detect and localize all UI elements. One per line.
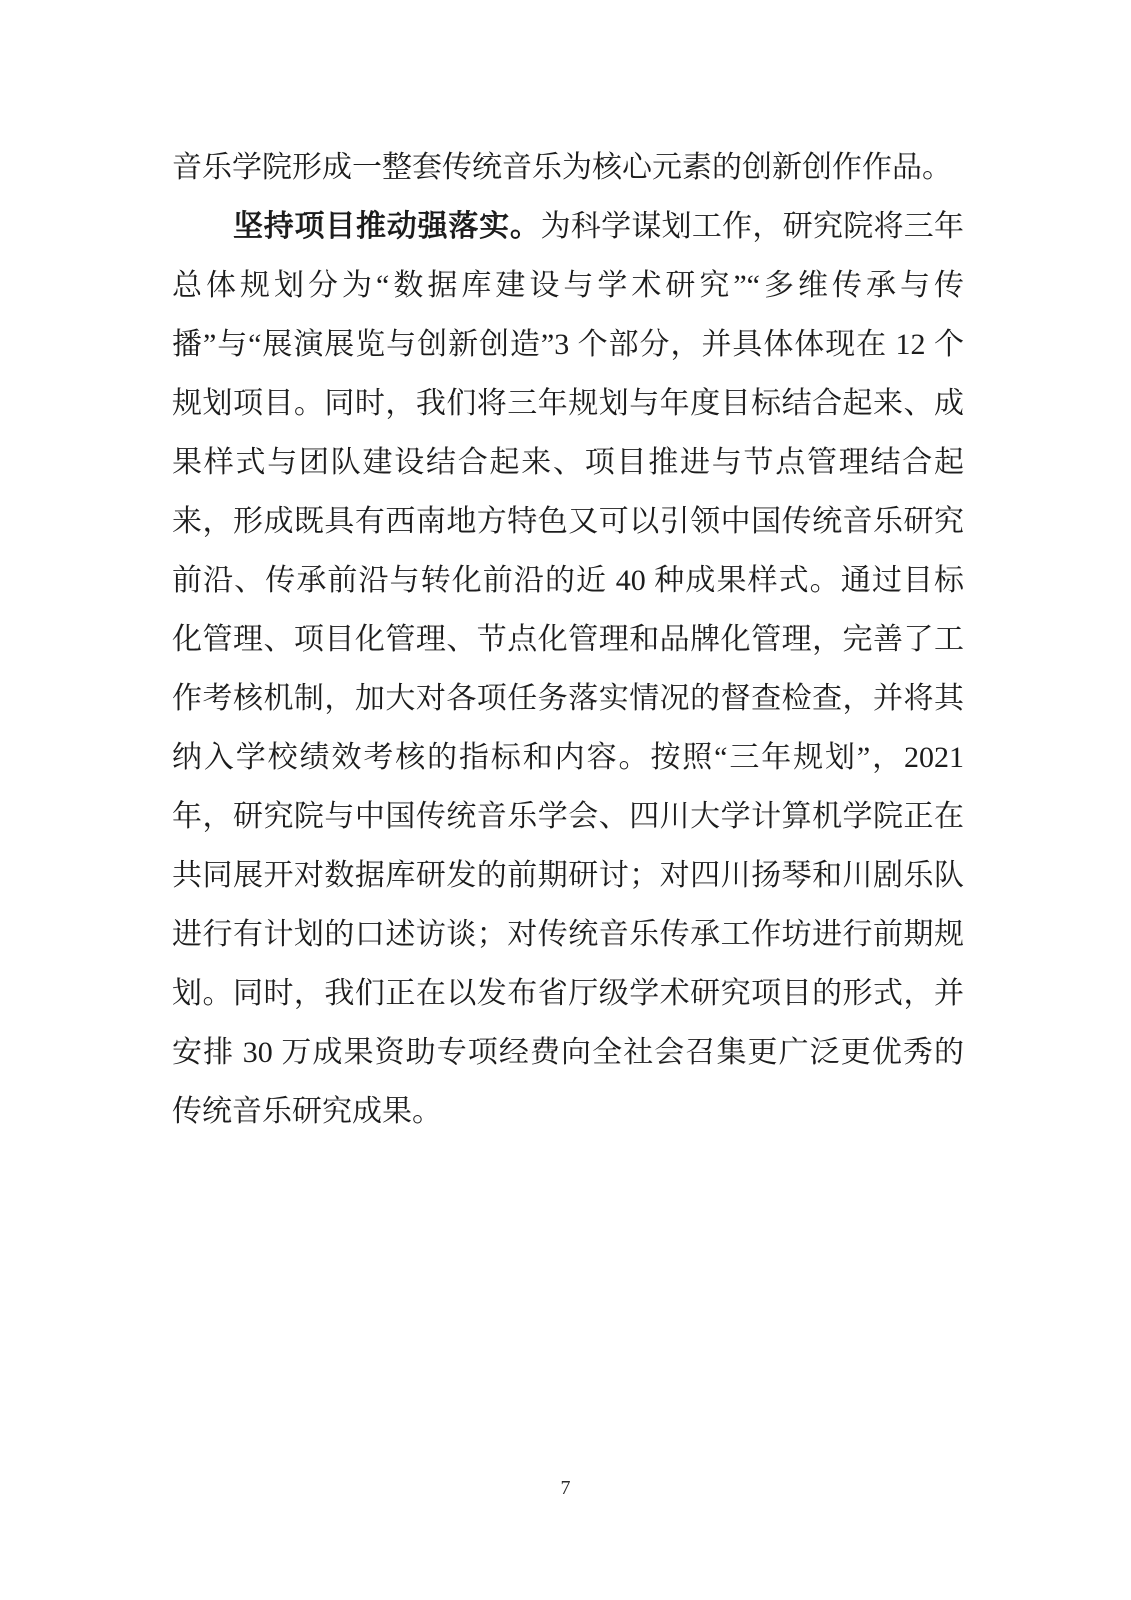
document-page: 音乐学院形成一整套传统音乐为核心元素的创新创作作品。 坚持项目推动强落实。为科学… [0,0,1131,1600]
page-number: 7 [561,1477,571,1499]
paragraph-main: 坚持项目推动强落实。为科学谋划工作，研究院将三年总体规划分为“数据库建设与学术研… [172,197,964,1141]
page-footer: 7 [0,1476,1131,1500]
paragraph-continuation: 音乐学院形成一整套传统音乐为核心元素的创新创作作品。 [172,138,964,197]
body-text: 音乐学院形成一整套传统音乐为核心元素的创新创作作品。 坚持项目推动强落实。为科学… [172,138,964,1141]
paragraph-main-text: 为科学谋划工作，研究院将三年总体规划分为“数据库建设与学术研究”“多维传承与传播… [172,210,964,1128]
paragraph-lead-bold: 坚持项目推动强落实。 [233,210,541,243]
paragraph-continuation-text: 音乐学院形成一整套传统音乐为核心元素的创新创作作品。 [172,151,952,184]
